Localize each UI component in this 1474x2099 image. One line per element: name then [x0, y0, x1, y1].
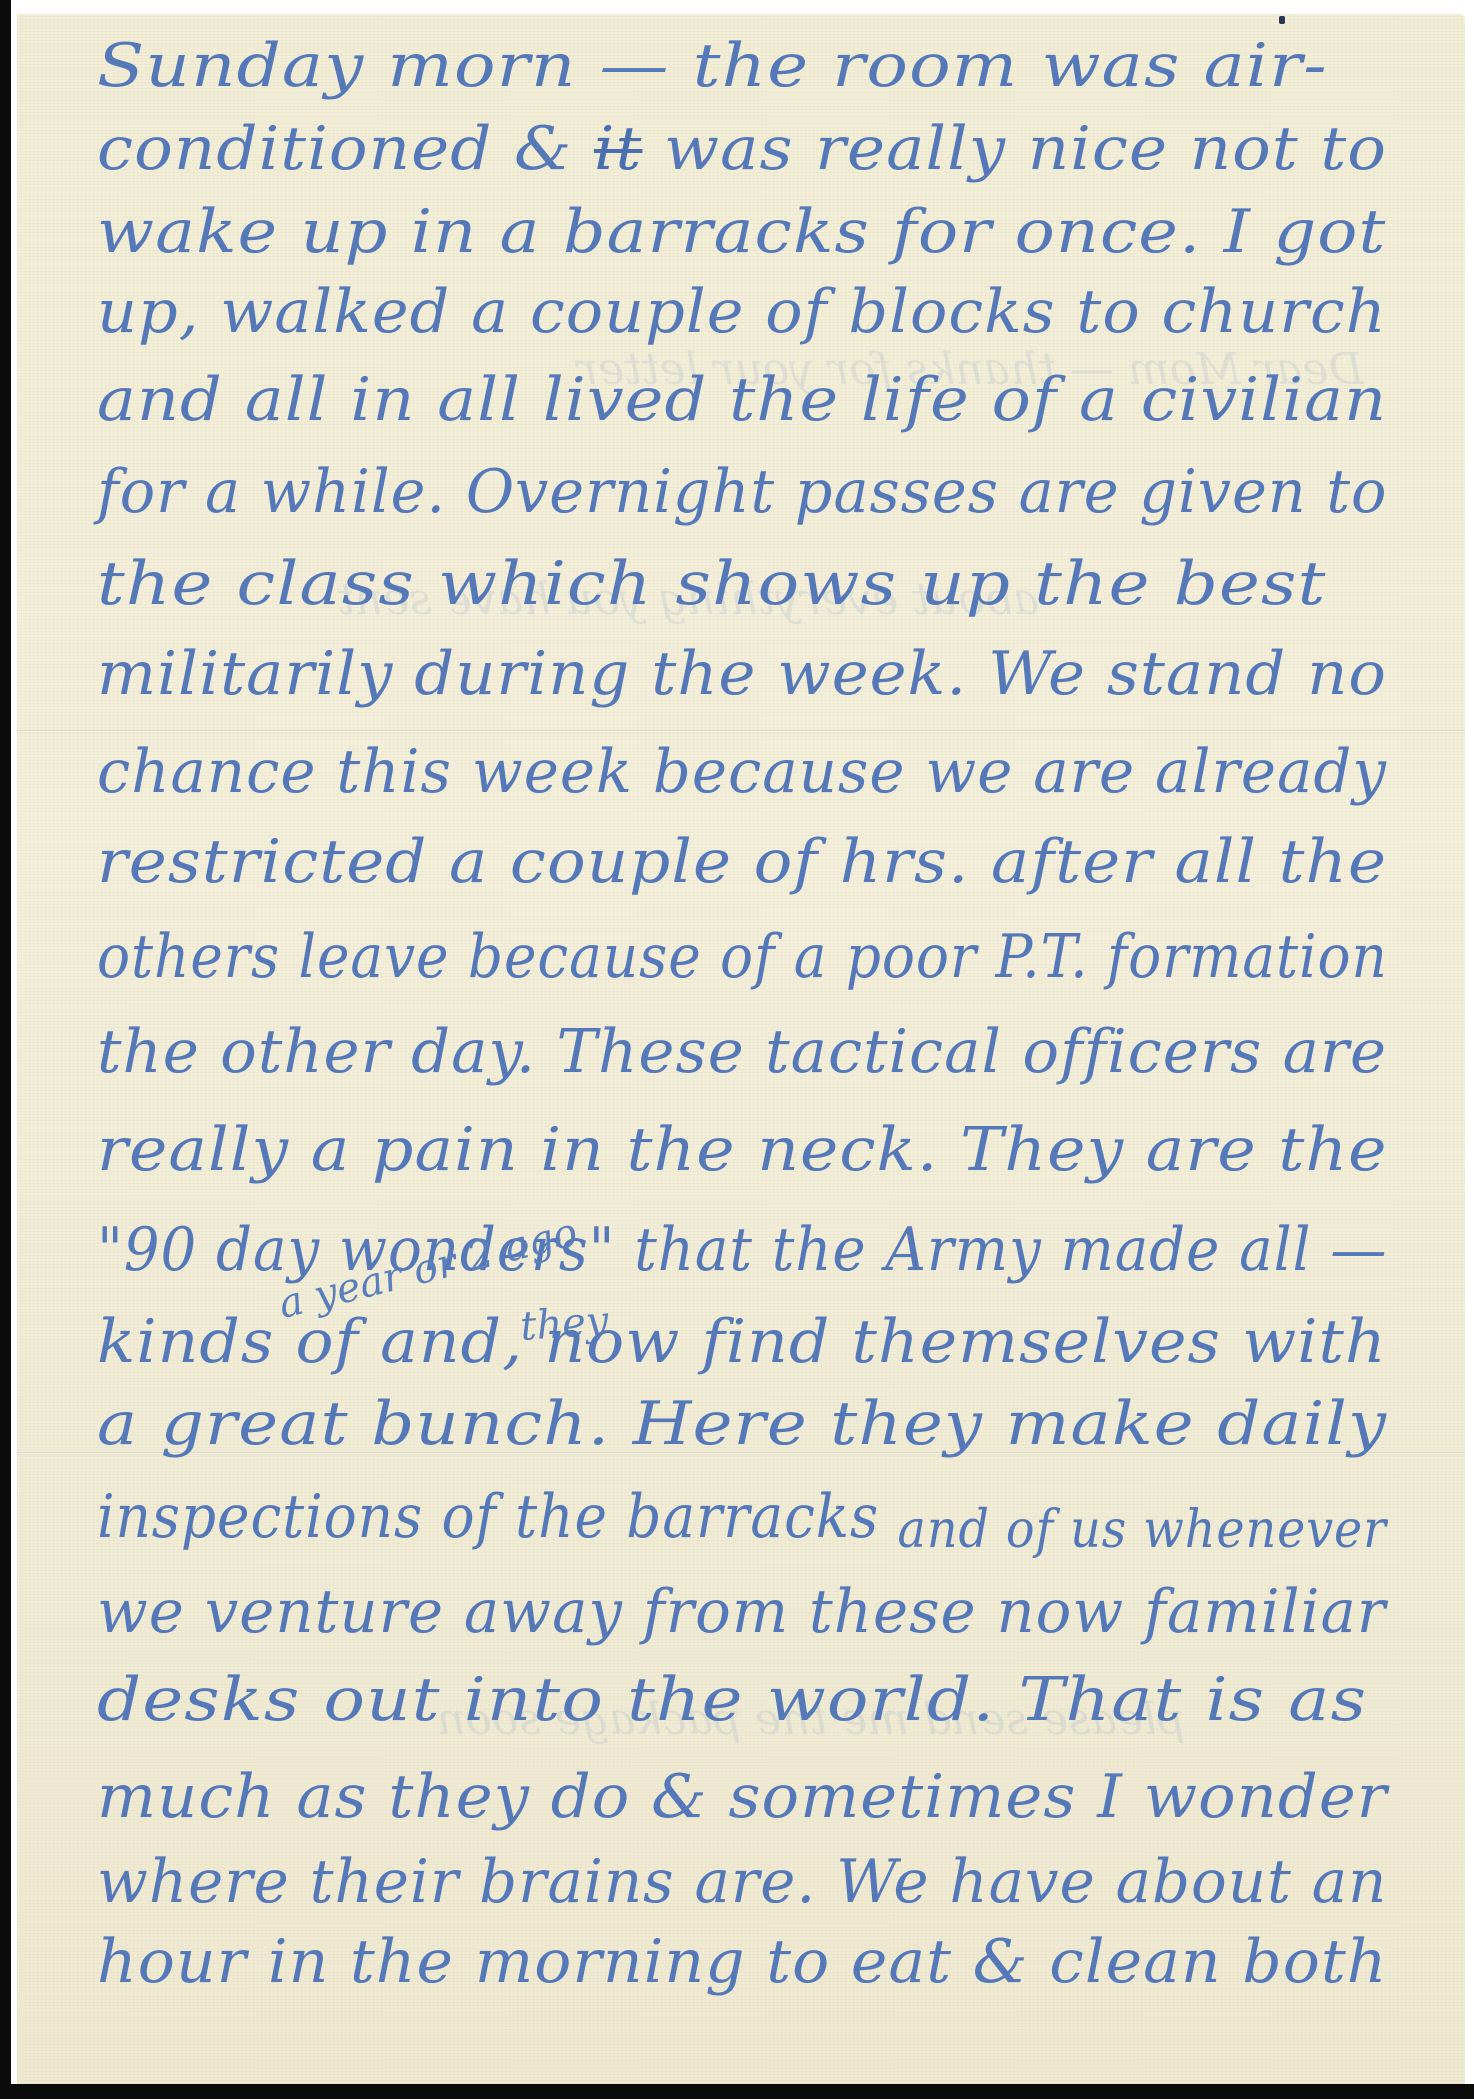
letter-line-5: and all in all lived the life of a civil…	[97, 370, 1387, 430]
letter-line-21: where their brains are. We have about an	[97, 1852, 1387, 1912]
letter-line-9: chance this week because we are already	[97, 742, 1387, 802]
letter-line-20: much as they do & sometimes I wonder	[97, 1767, 1388, 1827]
letter-text: now find themselves with	[544, 1307, 1386, 1377]
letter-text: was really nice not to	[664, 114, 1387, 184]
letter-line-7: the class which shows up the best	[97, 554, 1326, 614]
letter-line-11: others leave because of a poor P.T. form…	[97, 927, 1388, 987]
struck-out-word: it	[594, 114, 643, 184]
letter-line-19: desks out into the world. That is as	[97, 1670, 1367, 1730]
letter-line-16: a great bunch. Here they make daily	[97, 1394, 1387, 1454]
letter-line-18: we venture away from these now familiar	[97, 1582, 1386, 1642]
letter-line-15: kinds of and, now find themselves with	[97, 1312, 1387, 1372]
letter-line-12: the other day. These tactical officers a…	[97, 1022, 1387, 1082]
scan-left-border	[0, 0, 11, 2099]
letter-line-17: inspections of the barracks and of us wh…	[97, 1487, 1387, 1547]
letter-line-22: hour in the morning to eat & clean both	[97, 1932, 1388, 1992]
letter-text: conditioned &	[97, 114, 572, 184]
fold-crease	[17, 730, 1465, 733]
letter-line-2: conditioned & it was really nice not to	[97, 119, 1387, 179]
letter-line-1: Sunday morn — the room was air-	[97, 36, 1328, 96]
letter-line-10: restricted a couple of hrs. after all th…	[97, 832, 1387, 892]
letter-line-6: for a while. Overnight passes are given …	[97, 462, 1387, 522]
letter-line-3: wake up in a barracks for once. I got	[97, 202, 1386, 262]
letter-text: kinds of	[97, 1307, 359, 1377]
letter-line-4: up, walked a couple of blocks to church	[97, 282, 1387, 342]
scan-bottom-border	[0, 2084, 1474, 2099]
letter-line-8: militarily during the week. We stand no	[97, 644, 1387, 704]
letter-text: inspections of the barracks	[97, 1482, 879, 1552]
letter-text: and,	[380, 1307, 523, 1377]
letter-page: Dear Mom — thanks for your letter about …	[17, 14, 1465, 2084]
letter-text-added: and of us whenever	[898, 1500, 1387, 1560]
letter-line-14: "90 day wonders" that the Army made all …	[97, 1220, 1387, 1280]
letter-line-13: really a pain in the neck. They are the	[97, 1120, 1388, 1180]
ink-spot	[1279, 16, 1285, 24]
